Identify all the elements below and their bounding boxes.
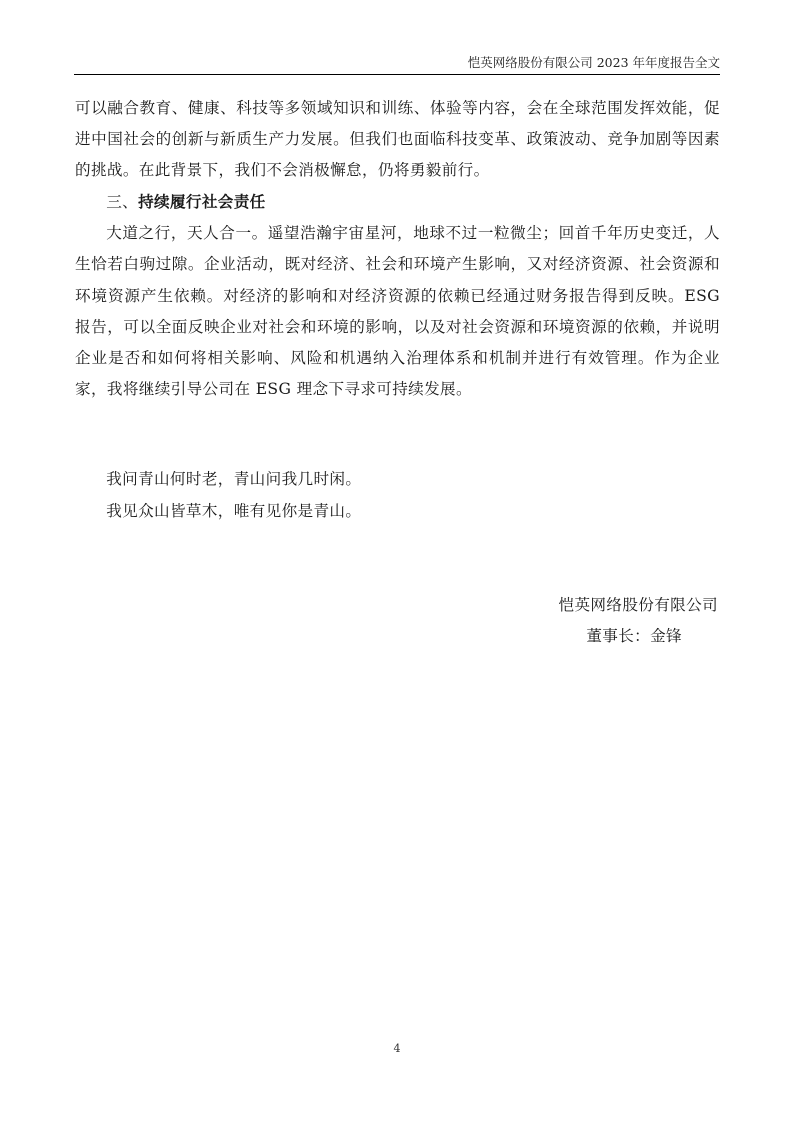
section-title: 持续履行社会责任 (138, 192, 266, 211)
header-title: 恺英网络股份有限公司 2023 年年度报告全文 (468, 54, 720, 72)
continuation-paragraph: 可以融合教育、健康、科技等多领域知识和训练、体验等内容，会在全球范围发挥效能，促… (75, 93, 720, 186)
page-number: 4 (0, 1042, 794, 1055)
page-header: 恺英网络股份有限公司 2023 年年度报告全文 (74, 54, 720, 75)
signature-company: 恺英网络股份有限公司 (559, 590, 718, 621)
signature-block: 恺英网络股份有限公司 董事长：金锋 (559, 590, 718, 652)
poem-line-1: 我问青山何时老，青山问我几时闲。 (75, 464, 720, 496)
section-paragraph: 大道之行，天人合一。遥望浩瀚宇宙星河，地球不过一粒微尘；回首千年历史变迁，人生恰… (75, 218, 720, 405)
signature-chairman: 董事长：金锋 (559, 621, 718, 652)
poem-line-2: 我见众山皆草木，唯有见你是青山。 (75, 496, 720, 528)
body-text: 可以融合教育、健康、科技等多领域知识和训练、体验等内容，会在全球范围发挥效能，促… (75, 93, 720, 405)
section-number: 三、 (106, 193, 138, 211)
section-heading: 三、持续履行社会责任 (75, 186, 720, 218)
poem: 我问青山何时老，青山问我几时闲。 我见众山皆草木，唯有见你是青山。 (75, 464, 720, 527)
